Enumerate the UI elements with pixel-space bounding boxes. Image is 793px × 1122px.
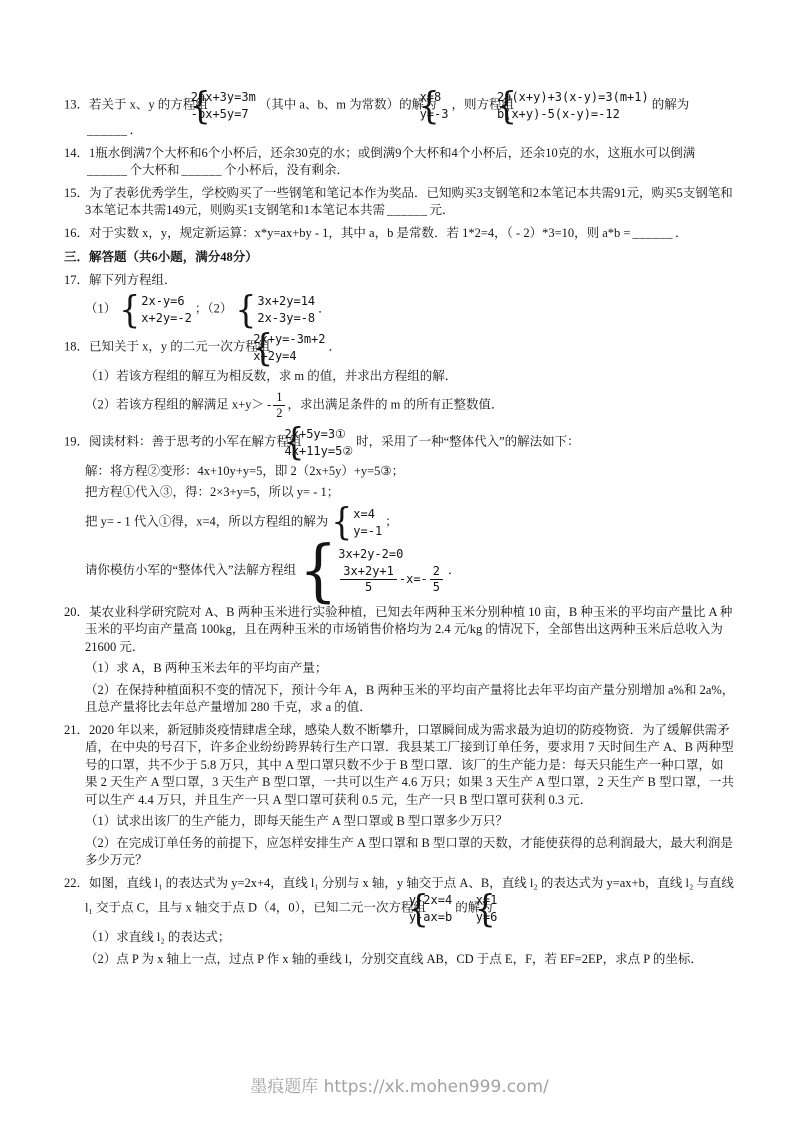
fraction-numerator: 2	[430, 564, 443, 580]
text-run: 17．解下列方程组．	[64, 273, 177, 287]
equation: 3x+2y+15-x=-25	[338, 564, 445, 595]
equation: 2x+5y=3①	[306, 427, 354, 441]
text-run: ．	[318, 301, 331, 315]
text-run: 个大杯和	[130, 163, 180, 177]
equation: 4x+11y=5②	[306, 444, 354, 458]
answer-blank: ______	[182, 163, 223, 177]
question-20-part1: （1）求 A，B 两种玉米去年的平均亩产量；	[64, 660, 735, 678]
equation-system: {3x+2y-2=03x+2y+15-x=-25	[299, 544, 445, 598]
text-run: 的解为	[652, 97, 690, 111]
text-run: 14．1瓶水倒满7个大杯和6个小杯后，还余30克的水；或倒满9个大杯和4个小杯后…	[64, 146, 695, 160]
equation-system: {2a(x+y)+3(x-y)=3(m+1)b(x+y)-5(x-y)=-12	[517, 90, 649, 121]
text-run: -x=-	[399, 572, 428, 586]
equation: y-2x=4	[430, 893, 452, 907]
question-20: 20．某农业科学研究院对 A、B 两种玉米进行实验种植，已知去年两种玉米分别种植…	[64, 604, 735, 657]
text-run: 13．若关于 x、y 的方程组	[64, 97, 208, 111]
text-run: ．	[130, 123, 143, 137]
question-22-part2: （2）点 P 为 x 轴上一点，过点 P 作 x 轴的垂线 l，分别交直线 AB…	[64, 951, 735, 969]
equation: 2ax+3y=3m	[212, 90, 256, 104]
text-run: 16．对于实数 x，y，规定新运算：x*y=ax+by - 1，其中 a，b 是…	[64, 226, 630, 240]
question-13: 13．若关于 x、y 的方程组{2ax+3y=3m-bx+5y=7（其中 a、b…	[64, 89, 735, 140]
question-19: 19．阅读材料：善于思考的小军在解方程组{2x+5y=3①4x+11y=5②时，…	[64, 426, 735, 459]
equation: y=6	[497, 910, 498, 924]
equation: y-ax=b	[430, 910, 452, 924]
answer-blank: ______	[87, 163, 128, 177]
equation-system: {x=1y=6	[496, 893, 498, 924]
fraction-numerator: 3x+2y+1	[340, 564, 397, 580]
question-18: 18．已知关于 x，y 的二元一次方程组{2x+y=-3m+2x+2y=4．	[64, 331, 735, 364]
equation: x=8	[441, 90, 449, 104]
question-17: 17．解下列方程组．	[64, 272, 735, 290]
text-run: ；（2）	[195, 301, 233, 315]
left-brace: {	[299, 540, 337, 600]
question-15: 15．为了表彰优秀学生，学校购买了一些钢笔和笔记本作为奖品．已知购买3支钢笔和2…	[64, 185, 735, 220]
equation: 2x-y=6	[141, 294, 192, 308]
equation: -bx+5y=7	[212, 107, 256, 121]
text-run: 个小杯后，没有剩余．	[224, 163, 349, 177]
text-run: （1）	[85, 301, 116, 315]
left-brace: {	[235, 293, 256, 326]
footer-credit: 墨痕题库 https://xk.mohen999.com/	[64, 1049, 735, 1122]
fraction-denominator: 5	[362, 580, 375, 595]
fraction-denominator: 2	[273, 406, 285, 421]
question-19-step3: 把 y= - 1 代入①得，x=4，所以方程组的解为{x=4y=-1；	[64, 506, 735, 539]
equation: 3x+2y-2=0	[338, 547, 445, 561]
left-brace: {	[119, 293, 140, 326]
text-run: 18．已知关于 x，y 的二元一次方程组	[64, 339, 270, 353]
fraction: 25	[430, 564, 443, 595]
text-run: （1）求 A，B 两种玉米去年的平均亩产量；	[85, 661, 327, 675]
question-17-systems: （1）{2x-y=6x+2y=-2；（2）{3x+2y=142x-3y=-8．	[64, 293, 735, 326]
question-19-step1: 解：将方程②变形：4x+10y+y=5，即 2（2x+5y）+y=5③；	[64, 463, 735, 481]
equation-system: {y-2x=4y-ax=b	[429, 893, 452, 924]
question-21-part2: （2）在完成订单任务的前提下，应怎样安排生产 A 型口罩和 B 型口罩的天数，才…	[64, 835, 735, 870]
worksheet-page: 13．若关于 x、y 的方程组{2ax+3y=3m-bx+5y=7（其中 a、b…	[0, 0, 793, 1122]
equation-system: {x=4y=-1	[331, 507, 382, 538]
answer-blank: ______	[632, 226, 673, 240]
equation-system: {x=8y=-3	[440, 90, 449, 121]
question-20-part2: （2）在保持种植面积不变的情况下，预计今年 A，B 两种玉米的平均亩产量将比去年…	[64, 682, 735, 717]
equation: 2x+y=-3m+2	[274, 332, 325, 346]
text-run: 21．2020 年以来，新冠肺炎疫情肆虐全球，感染人数不断攀升，口罩瞬间成为需求…	[64, 723, 734, 807]
fraction: 3x+2y+15	[340, 564, 397, 595]
equation: 2x-3y=-8	[257, 311, 315, 325]
question-19-step2: 把方程①代入③，得：2×3+y=5，所以 y= - 1；	[64, 484, 735, 502]
text-run: ．	[675, 226, 688, 240]
question-18-part1: （1）若该方程组的解互为相反数，求 m 的值，并求出方程组的解．	[64, 368, 735, 386]
question-16: 16．对于实数 x，y，规定新运算：x*y=ax+by - 1，其中 a，b 是…	[64, 225, 735, 243]
text-run: 20．某农业科学研究院对 A、B 两种玉米进行实验种植，已知去年两种玉米分别种植…	[64, 605, 732, 654]
text-run: ，求出满足条件的 m 的所有正整数值．	[287, 397, 503, 411]
text-run: （其中 a、b、m 为常数）的解为	[259, 97, 437, 111]
text-run: 把 y= - 1 代入①得，x=4，所以方程组的解为	[85, 514, 328, 528]
equation: x+2y=4	[274, 349, 325, 363]
equation: 3x+2y=14	[257, 294, 315, 308]
text-run: 把方程①代入③，得：2×3+y=5，所以 y= - 1；	[85, 485, 339, 499]
question-22: 22．如图，直线 l₁ 的表达式为 y=2x+4，直线 l₁ 分别与 x 轴，y…	[64, 875, 735, 926]
text-run: （1）若该方程组的解互为相反数，求 m 的值，并求出方程组的解．	[85, 369, 457, 383]
text-run: ；	[385, 514, 398, 528]
text-run: 时，采用了一种“整体代入”的解法如下：	[356, 434, 580, 448]
equation: x=4	[353, 507, 382, 521]
fraction: 12	[273, 390, 285, 421]
text-run: （1）试求出该厂的生产能力，即每天能生产 A 型口罩或 B 型口罩多少万只？	[85, 814, 508, 828]
text-run: 22．如图，直线 l₁ 的表达式为 y=2x+4，直线 l₁ 分别与 x 轴，y…	[64, 876, 734, 915]
text-run: 19．阅读材料：善于思考的小军在解方程组	[64, 434, 302, 448]
text-run: 元．	[430, 203, 455, 217]
equation: y=-3	[441, 107, 449, 121]
equation: y=-1	[353, 524, 382, 538]
equation-system: {2ax+3y=3m-bx+5y=7	[211, 90, 256, 121]
equation-system: {2x+y=-3m+2x+2y=4	[273, 332, 325, 363]
question-21: 21．2020 年以来，新冠肺炎疫情肆虐全球，感染人数不断攀升，口罩瞬间成为需求…	[64, 722, 735, 810]
question-18-part2: （2）若该方程组的解满足 x+y＞ -12，求出满足条件的 m 的所有正整数值．	[64, 390, 735, 421]
answer-blank: ______	[387, 203, 428, 217]
answer-blank: ______	[87, 123, 128, 137]
text-run: （1）求直线 l₂ 的表达式；	[85, 930, 230, 944]
fraction-numerator: 1	[273, 390, 285, 406]
text-run: （2）点 P 为 x 轴上一点，过点 P 作 x 轴的垂线 l，分别交直线 AB…	[85, 952, 703, 966]
text-run: ．	[329, 339, 342, 353]
text-run: 请你模仿小军的“整体代入”法解方程组	[85, 562, 296, 576]
text-run: （2）若该方程组的解满足 x+y＞ -	[85, 397, 271, 411]
equation: b(x+y)-5(x-y)=-12	[518, 107, 649, 121]
question-14: 14．1瓶水倒满7个大杯和6个小杯后，还余30克的水；或倒满9个大杯和4个小杯后…	[64, 145, 735, 180]
question-21-part1: （1）试求出该厂的生产能力，即每天能生产 A 型口罩或 B 型口罩多少万只？	[64, 813, 735, 831]
equation-system: {2x+5y=3①4x+11y=5②	[305, 427, 354, 458]
fraction-denominator: 5	[430, 580, 443, 595]
section-heading: 三．解答题（共6小题，满分48分）	[64, 249, 735, 267]
text-run: ．	[448, 562, 461, 576]
equation: 2a(x+y)+3(x-y)=3(m+1)	[518, 90, 649, 104]
equation: x=1	[497, 893, 498, 907]
question-22-part1: （1）求直线 l₂ 的表达式；	[64, 929, 735, 947]
question-19-task: 请你模仿小军的“整体代入”法解方程组{3x+2y-2=03x+2y+15-x=-…	[64, 543, 735, 599]
equation: x+2y=-2	[141, 311, 192, 325]
text-run: （2）在完成订单任务的前提下，应怎样安排生产 A 型口罩和 B 型口罩的天数，才…	[85, 836, 733, 868]
text-run: 解：将方程②变形：4x+10y+y=5，即 2（2x+5y）+y=5③；	[85, 464, 404, 478]
text-run: （2）在保持种植面积不变的情况下，预计今年 A，B 两种玉米的平均亩产量将比去年…	[85, 683, 734, 715]
equation-system: {3x+2y=142x-3y=-8	[235, 294, 315, 325]
equation-system: {2x-y=6x+2y=-2	[119, 294, 192, 325]
